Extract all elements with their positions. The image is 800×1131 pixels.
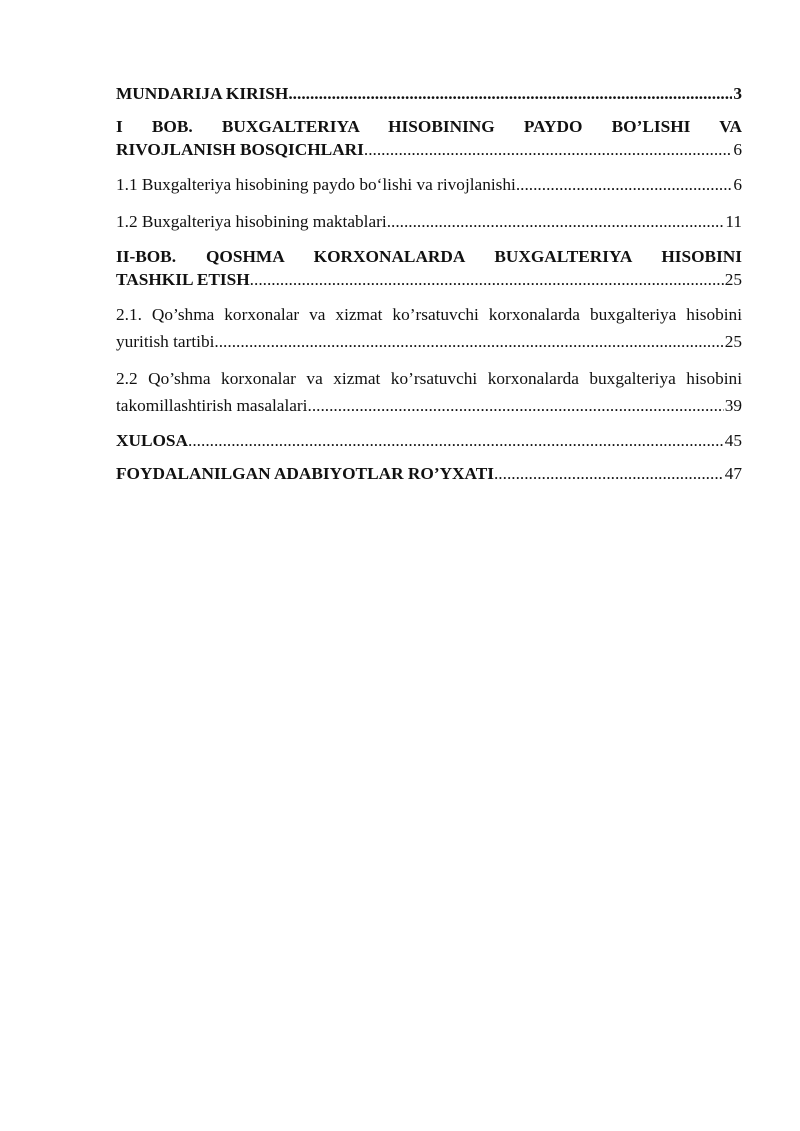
toc-page-number: 6 bbox=[732, 138, 742, 161]
toc-entry-title: 1.2 Buxgalteriya hisobining maktablari bbox=[116, 208, 387, 235]
dot-leader bbox=[288, 82, 732, 105]
toc-page-number: 39 bbox=[724, 392, 742, 419]
toc-entry-section-2-2[interactable]: 2.2 Qo’shma korxonalar va xizmat ko’rsat… bbox=[116, 365, 742, 419]
toc-entry-section-2-1[interactable]: 2.1. Qo’shma korxonalar va xizmat ko’rsa… bbox=[116, 301, 742, 355]
toc-page-number: 47 bbox=[724, 462, 742, 485]
toc-page-number: 6 bbox=[732, 171, 742, 198]
toc-entry-section-1-1[interactable]: 1.1 Buxgalteriya hisobining paydo bo‘lis… bbox=[116, 171, 742, 198]
toc-entry-title-line-1: 2.1. Qo’shma korxonalar va xizmat ko’rsa… bbox=[116, 301, 742, 328]
toc-page-number: 25 bbox=[724, 328, 742, 355]
toc-entry-title-line-1: II-BOB. QOSHMA KORXONALARDA BUXGALTERIYA… bbox=[116, 245, 742, 268]
toc-entry-section-1-2[interactable]: 1.2 Buxgalteriya hisobining maktablari 1… bbox=[116, 208, 742, 235]
toc-entry-title: yuritish tartibi bbox=[116, 328, 214, 355]
dot-leader bbox=[250, 268, 724, 291]
toc-entry-title-line-1: 2.2 Qo’shma korxonalar va xizmat ko’rsat… bbox=[116, 365, 742, 392]
toc-page-number: 11 bbox=[724, 208, 742, 235]
dot-leader bbox=[516, 171, 733, 198]
toc-entry-title: MUNDARIJA KIRISH bbox=[116, 82, 288, 105]
dot-leader bbox=[494, 462, 724, 485]
toc-page-number: 25 bbox=[724, 268, 742, 291]
dot-leader bbox=[188, 429, 724, 452]
dot-leader bbox=[214, 328, 723, 355]
toc-entry-title: 1.1 Buxgalteriya hisobining paydo bo‘lis… bbox=[116, 171, 516, 198]
toc-entry-bob-1[interactable]: I BOB. BUXGALTERIYA HISOBINING PAYDO BO’… bbox=[116, 115, 742, 161]
toc-entry-mundarija-kirish[interactable]: MUNDARIJA KIRISH 3 bbox=[116, 82, 742, 105]
toc-entry-title-line-1: I BOB. BUXGALTERIYA HISOBINING PAYDO BO’… bbox=[116, 115, 742, 138]
toc-entry-adabiyotlar[interactable]: FOYDALANILGAN ADABIYOTLAR RO’YXATI 47 bbox=[116, 462, 742, 485]
toc-entry-title: XULOSA bbox=[116, 429, 188, 452]
toc-entry-xulosa[interactable]: XULOSA 45 bbox=[116, 429, 742, 452]
dot-leader bbox=[308, 392, 724, 419]
dot-leader bbox=[387, 208, 725, 235]
dot-leader bbox=[364, 138, 732, 161]
toc-page-number: 3 bbox=[732, 82, 742, 105]
toc-entry-title: FOYDALANILGAN ADABIYOTLAR RO’YXATI bbox=[116, 462, 494, 485]
toc-entry-title: TASHKIL ETISH bbox=[116, 268, 250, 291]
toc-entry-title: takomillashtirish masalalari bbox=[116, 392, 308, 419]
toc-entry-bob-2[interactable]: II-BOB. QOSHMA KORXONALARDA BUXGALTERIYA… bbox=[116, 245, 742, 291]
table-of-contents: MUNDARIJA KIRISH 3 I BOB. BUXGALTERIYA H… bbox=[116, 82, 742, 495]
toc-page-number: 45 bbox=[724, 429, 742, 452]
toc-entry-title: RIVOJLANISH BOSQICHLARI bbox=[116, 138, 364, 161]
